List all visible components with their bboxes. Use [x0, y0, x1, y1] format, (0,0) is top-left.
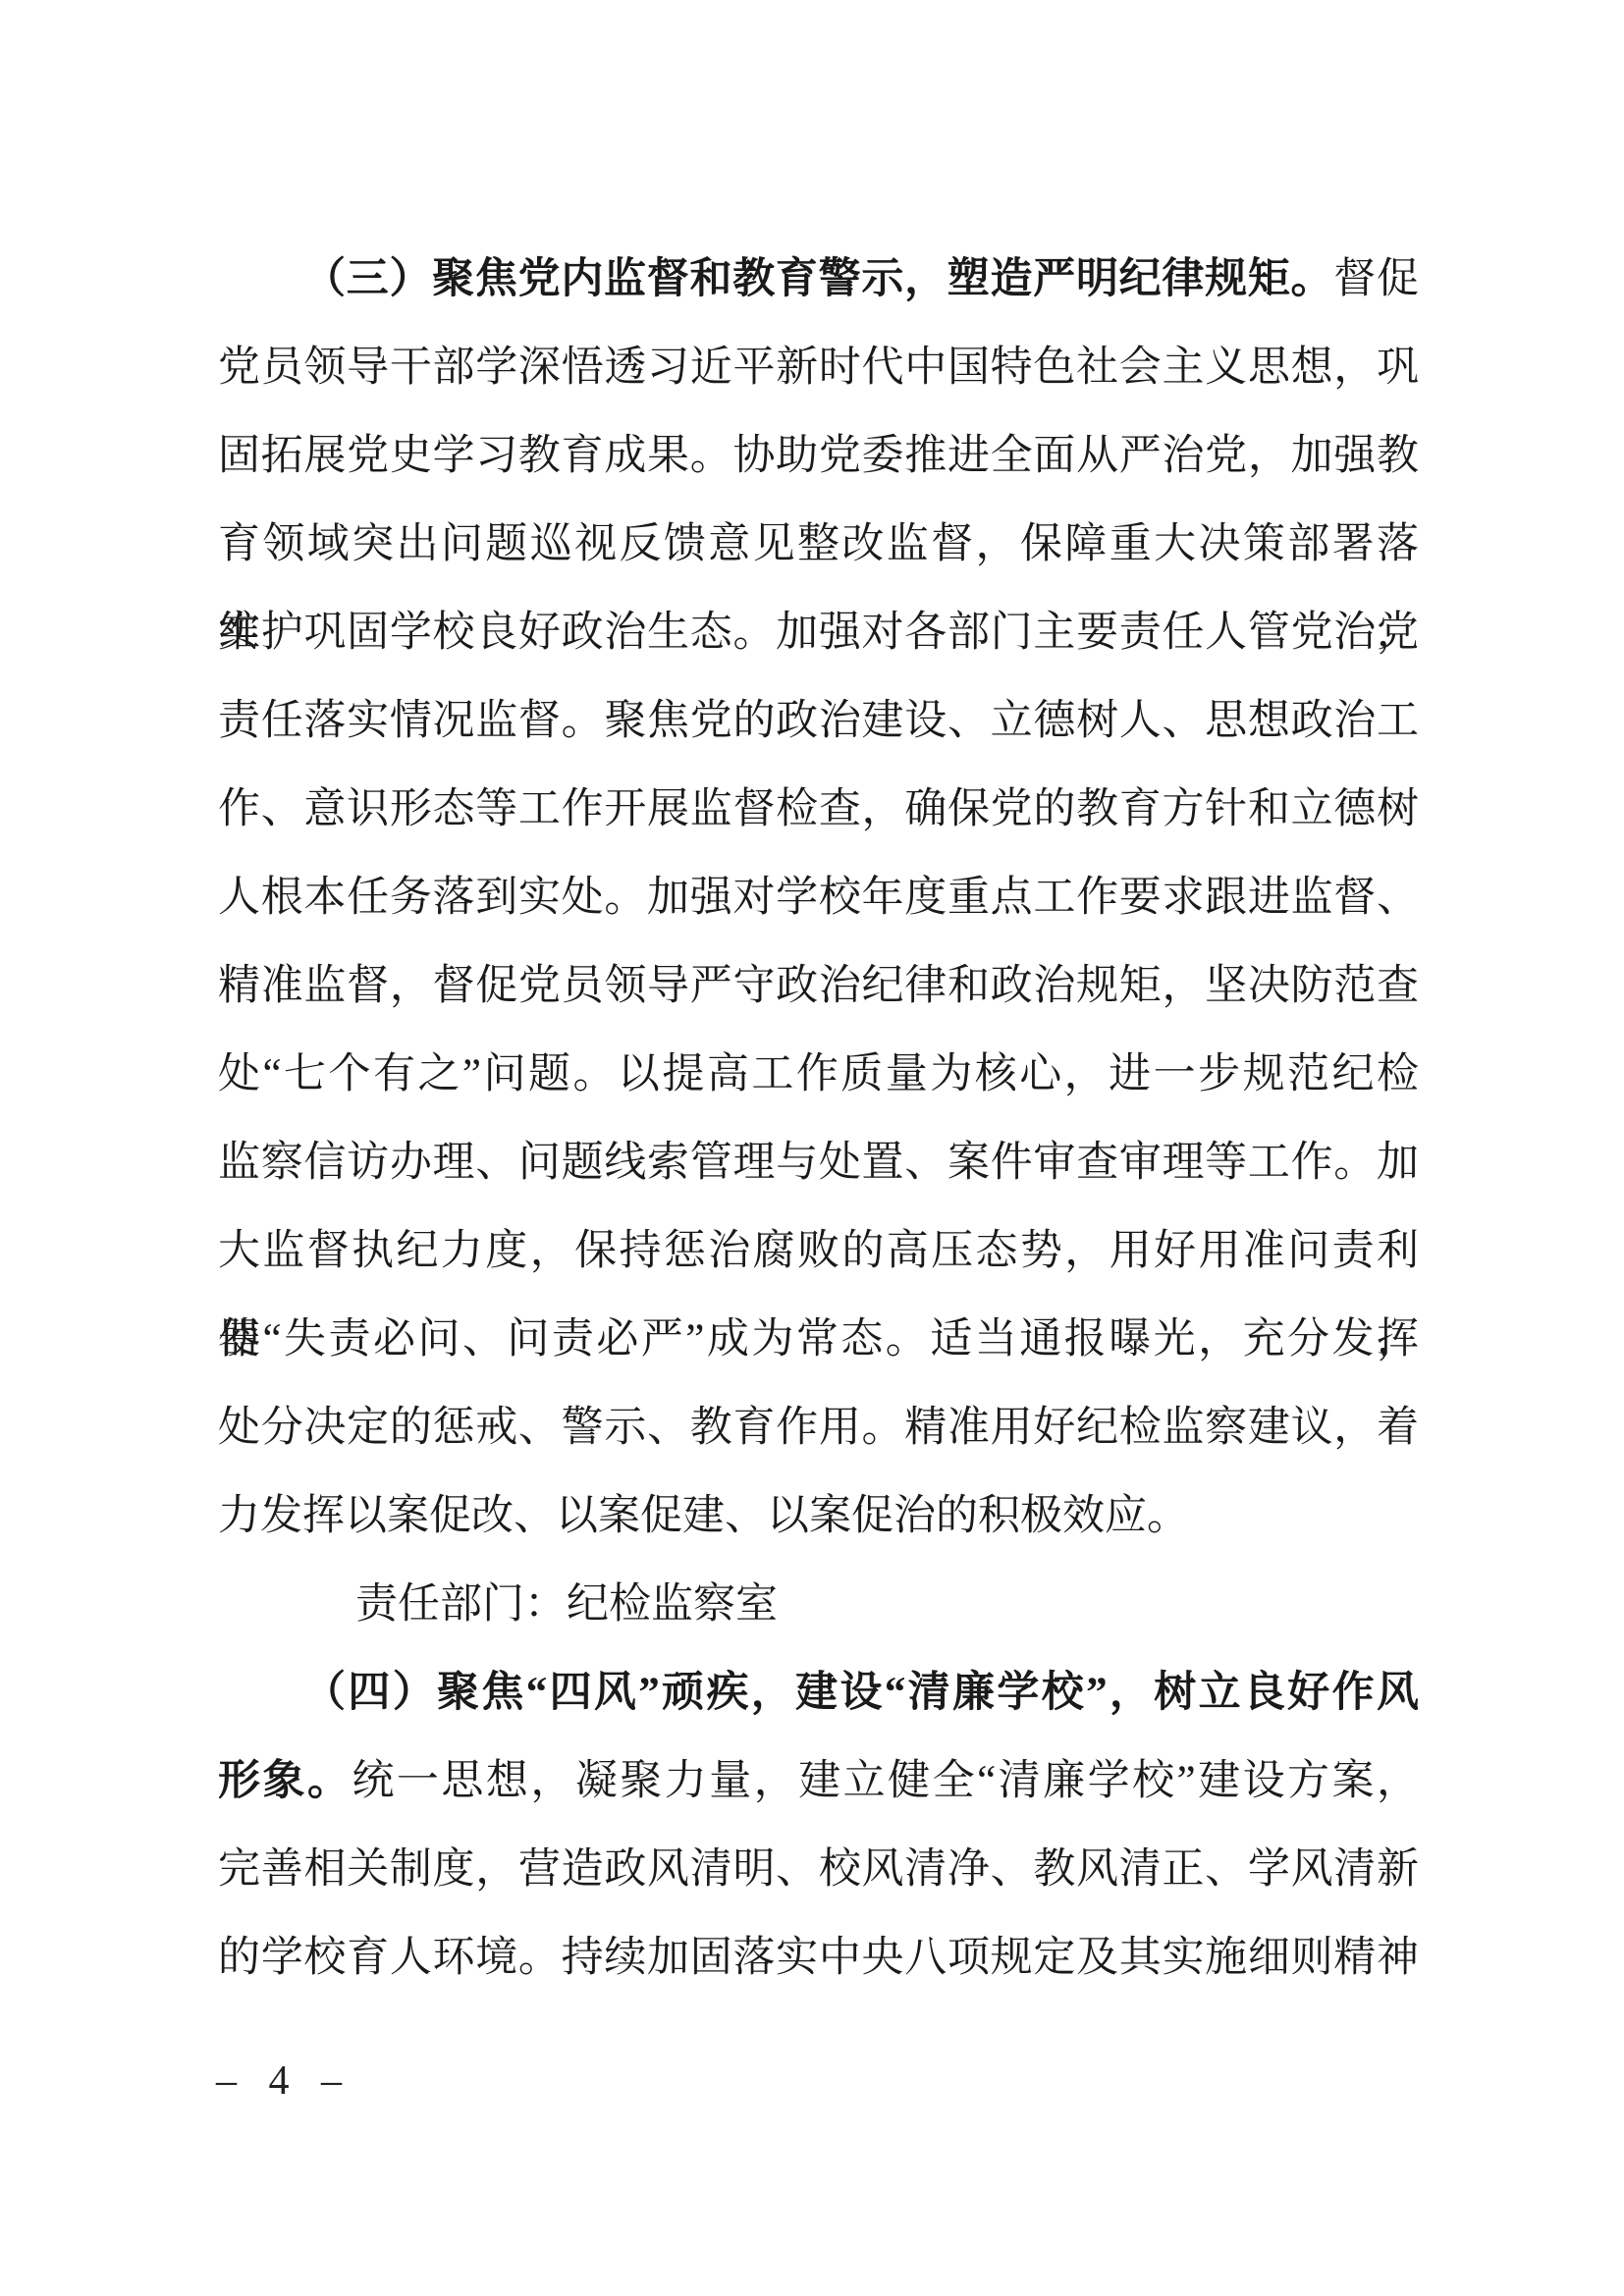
- text-segment: 精准监督，督促党员领导严守政治纪律和政治规矩，坚决防范查: [218, 963, 1419, 1009]
- para4-heading-line: （四）聚焦“四风”顽疾，建设“清廉学校”，树立良好作风: [218, 1649, 1419, 1737]
- body-line: 党员领导干部学深悟透习近平新时代中国特色社会主义思想，巩: [218, 324, 1419, 412]
- bold-text-segment: 形象。: [218, 1758, 352, 1804]
- body-line: 处分决定的惩戒、警示、教育作用。精准用好纪检监察建议，着: [218, 1384, 1419, 1472]
- document-body: （三）聚焦党内监督和教育警示，塑造严明纪律规矩。督促党员领导干部学深悟透习近平新…: [218, 236, 1419, 2002]
- text-segment: 统一思想，凝聚力量，建立健全“清廉学校”建设方案，: [352, 1758, 1419, 1804]
- text-segment: 使“失责必问、问责必严”成为常态。适当通报曝光，充分发挥: [218, 1316, 1419, 1362]
- body-line: 人根本任务落到实处。加强对学校年度重点工作要求跟进监督、: [218, 854, 1419, 942]
- body-line: 育领域突出问题巡视反馈意见整改监督，保障重大决策部署落实，: [218, 501, 1419, 589]
- body-line-last: 力发挥以案促改、以案促建、以案促治的积极效应。: [218, 1472, 1419, 1561]
- text-segment: 监察信访办理、问题线索管理与处置、案件审查审理等工作。加: [218, 1140, 1419, 1186]
- para3-heading-line: （三）聚焦党内监督和教育警示，塑造严明纪律规矩。督促: [218, 236, 1419, 324]
- responsible-department-line: 责任部门：纪检监察室: [218, 1561, 1419, 1649]
- page-number: – 4 –: [216, 2057, 349, 2105]
- text-segment: 责任部门：纪检监察室: [355, 1581, 778, 1628]
- body-line: 监察信访办理、问题线索管理与处置、案件审查审理等工作。加: [218, 1119, 1419, 1207]
- bold-text-segment: （四）聚焦“四风”顽疾，建设“清廉学校”，树立良好作风: [303, 1670, 1419, 1716]
- text-segment: 人根本任务落到实处。加强对学校年度重点工作要求跟进监督、: [218, 875, 1419, 921]
- text-segment: 固拓展党史学习教育成果。协助党委推进全面从严治党，加强教: [218, 433, 1419, 479]
- text-segment: 完善相关制度，营造政风清明、校风清净、教风清正、学风清新: [218, 1846, 1419, 1893]
- text-segment: 维护巩固学校良好政治生态。加强对各部门主要责任人管党治党: [218, 610, 1419, 656]
- text-segment: 责任落实情况监督。聚焦党的政治建设、立德树人、思想政治工: [218, 698, 1419, 744]
- bold-text-segment: （三）聚焦党内监督和教育警示，塑造严明纪律规矩。: [303, 256, 1333, 302]
- body-line: 精准监督，督促党员领导严守政治纪律和政治规矩，坚决防范查: [218, 942, 1419, 1031]
- text-segment: 处分决定的惩戒、警示、教育作用。精准用好纪检监察建议，着: [218, 1405, 1419, 1451]
- body-line: 作、意识形态等工作开展监督检查，确保党的教育方针和立德树: [218, 766, 1419, 854]
- text-segment: 作、意识形态等工作开展监督检查，确保党的教育方针和立德树: [218, 786, 1419, 832]
- body-line: 形象。统一思想，凝聚力量，建立健全“清廉学校”建设方案，: [218, 1737, 1419, 1826]
- body-line: 完善相关制度，营造政风清明、校风清净、教风清正、学风清新: [218, 1826, 1419, 1914]
- body-line: 责任落实情况监督。聚焦党的政治建设、立德树人、思想政治工: [218, 677, 1419, 766]
- body-line: 维护巩固学校良好政治生态。加强对各部门主要责任人管党治党: [218, 589, 1419, 677]
- text-segment: 的学校育人环境。持续加固落实中央八项规定及其实施细则精神: [218, 1935, 1419, 1981]
- text-segment: 督促: [1333, 256, 1419, 302]
- text-segment: 党员领导干部学深悟透习近平新时代中国特色社会主义思想，巩: [218, 345, 1419, 391]
- body-line: 的学校育人环境。持续加固落实中央八项规定及其实施细则精神: [218, 1914, 1419, 2002]
- body-line: 使“失责必问、问责必严”成为常态。适当通报曝光，充分发挥: [218, 1296, 1419, 1384]
- text-segment: 处“七个有之”问题。以提高工作质量为核心，进一步规范纪检: [218, 1051, 1419, 1097]
- body-line: 大监督执纪力度，保持惩治腐败的高压态势，用好用准问责利器，: [218, 1207, 1419, 1296]
- text-segment: 力发挥以案促改、以案促建、以案促治的积极效应。: [218, 1493, 1189, 1539]
- document-page: （三）聚焦党内监督和教育警示，塑造严明纪律规矩。督促党员领导干部学深悟透习近平新…: [0, 0, 1624, 2296]
- body-line: 固拓展党史学习教育成果。协助党委推进全面从严治党，加强教: [218, 412, 1419, 501]
- body-line: 处“七个有之”问题。以提高工作质量为核心，进一步规范纪检: [218, 1031, 1419, 1119]
